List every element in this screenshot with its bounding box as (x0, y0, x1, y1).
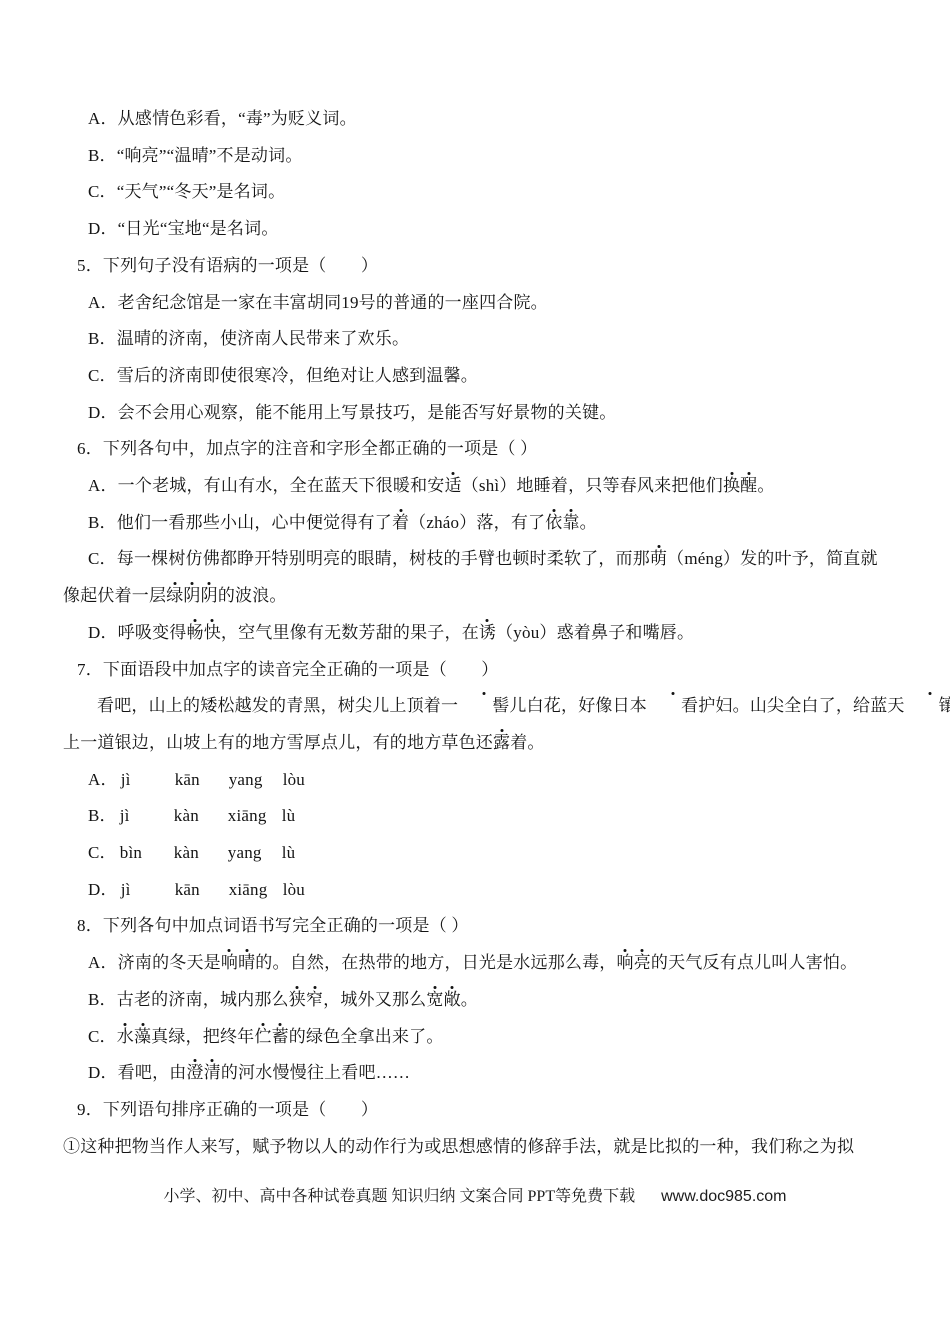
q4-option-a: A．从感情色彩看，“毒”为贬义词。 (88, 101, 893, 138)
emphasized-char: 宽 (426, 991, 443, 1008)
emphasized-char: 镶 (905, 697, 950, 714)
q9-stem: 9．下列语句排序正确的一项是（ ） (77, 1092, 893, 1129)
q7-option-d: D．jìkānxiānglòu (88, 872, 893, 909)
q7-option-a-label: A． (88, 762, 118, 799)
q7-option-c-label: C． (88, 835, 117, 872)
q8-option-c: C．水藻真绿，把终年伫蓄的绿色全拿出来了。 (88, 1019, 893, 1056)
emphasized-char: 蓄 (272, 1028, 289, 1045)
emphasized-char: 阴 (183, 587, 200, 604)
q8-option-a: A．济南的冬天是响晴的。自然，在热带的地方，日光是水远那么毒，响亮的天气反有点儿… (88, 945, 893, 982)
q7-stem: 7．下面语段中加点字的读音完全正确的一项是（ ） (77, 652, 893, 689)
emphasized-char: 响 (221, 954, 238, 971)
q5-option-a: A．老舍纪念馆是一家在丰富胡同19号的普通的一座四合院。 (88, 285, 893, 322)
emphasized-char: 晴 (238, 954, 255, 971)
pinyin-syllable: lòu (283, 762, 334, 799)
emphasized-char: 窄 (306, 991, 323, 1008)
q7-passage-line1: 看吧，山上的矮松越发的青黑，树尖儿上顶着一髻儿白花，好像日本看护妇。山尖全白了，… (63, 688, 893, 725)
emphasized-char: 清 (204, 1064, 221, 1081)
q9-sentence-1: ①这种把物当作人来写，赋予物以人的动作行为或思想感情的修辞手法，就是比拟的一种，… (63, 1129, 893, 1166)
emphasized-char: 澄 (186, 1064, 203, 1081)
pinyin-syllable: xiāng (228, 798, 279, 835)
emphasized-char: 换 (723, 477, 740, 494)
q7-option-b-label: B． (88, 798, 117, 835)
pinyin-syllable: xiāng (229, 872, 280, 909)
emphasized-char: 水 (117, 1028, 134, 1045)
footer-site-url: www.doc985.com (661, 1188, 786, 1205)
q7-passage-line2: 上一道银边，山坡上有的地方雪厚点儿，有的地方草色还露着。 (63, 725, 893, 762)
emphasized-char: 敞 (444, 991, 461, 1008)
q6-option-c-line2: 像起伏着一层绿阴阴的波浪。 (63, 578, 893, 615)
q5-option-c: C．雪后的济南即使很寒冷，但绝对让人感到温馨。 (88, 358, 893, 395)
q7-option-d-label: D． (88, 872, 118, 909)
q6-option-b: B．他们一看那些小山，心中便觉得有了着（zháo）落，有了依靠。 (88, 505, 893, 542)
emphasized-char: 依 (545, 514, 562, 531)
footer-text: 小学、初中、高中各种试卷真题 知识归纳 文案合同 PPT等免费下载 (164, 1188, 636, 1205)
emphasized-char: 阴 (201, 587, 218, 604)
emphasized-char: 响 (617, 954, 634, 971)
pinyin-syllable: lù (282, 798, 333, 835)
q6-stem: 6．下列各句中，加点字的注音和字形全都正确的一项是（ ） (77, 431, 893, 468)
emphasized-char: 伫 (254, 1028, 271, 1045)
pinyin-syllable: kàn (174, 798, 225, 835)
pinyin-syllable: lòu (283, 872, 334, 909)
q7-option-c: C．bìnkànyanglù (88, 835, 893, 872)
emphasized-char: 快 (204, 624, 221, 641)
emphasized-char: 靠 (562, 514, 579, 531)
q5-option-d: D．会不会用心观察，能不能用上写景技巧，是能否写好景物的关键。 (88, 395, 893, 432)
pinyin-syllable: yang (228, 835, 279, 872)
emphasized-char: 狭 (289, 991, 306, 1008)
emphasized-char: 看 (647, 697, 698, 714)
pinyin-syllable: lù (282, 835, 333, 872)
page-footer: 小学、初中、高中各种试卷真题 知识归纳 文案合同 PPT等免费下载www.doc… (0, 1187, 950, 1207)
emphasized-char: 着 (392, 514, 409, 531)
q4-option-d: D．“日光“宝地“是名词。 (88, 211, 893, 248)
q8-stem: 8．下列各句中加点词语书写完全正确的一项是（ ） (77, 908, 893, 945)
q6-option-a: A．一个老城，有山有水，全在蓝天下很暖和安适（shì）地睡着，只等春风来把他们换… (88, 468, 893, 505)
pinyin-syllable: jì (120, 798, 171, 835)
emphasized-char: 畅 (186, 624, 203, 641)
pinyin-syllable: kàn (174, 835, 225, 872)
q5-option-b: B．温晴的济南，使济南人民带来了欢乐。 (88, 321, 893, 358)
q8-option-d: D．看吧，由澄清的河水慢慢往上看吧…… (88, 1055, 893, 1092)
emphasized-char: 藻 (134, 1028, 151, 1045)
emphasized-char: 适 (444, 477, 461, 494)
emphasized-char: 露 (493, 734, 510, 751)
q8-option-b: B．古老的济南，城内那么狭窄，城外又那么宽敞。 (88, 982, 893, 1019)
q7-option-b: B．jìkànxiānglù (88, 798, 893, 835)
pinyin-syllable: kān (175, 762, 226, 799)
emphasized-char: 髻 (458, 697, 509, 714)
exam-document-page: A．从感情色彩看，“毒”为贬义词。B．“响亮”“温晴”不是动词。C．“天气”“冬… (0, 0, 950, 1344)
emphasized-char: 亮 (634, 954, 651, 971)
q6-option-c-line1: C．每一棵树仿佛都睁开特别明亮的眼睛，树枝的手臂也顿时柔软了，而那萌（méng）… (88, 541, 893, 578)
pinyin-syllable: jì (121, 762, 172, 799)
emphasized-char: 诱 (479, 624, 496, 641)
pinyin-syllable: jì (121, 872, 172, 909)
q5-stem: 5．下列句子没有语病的一项是（ ） (77, 248, 893, 285)
pinyin-syllable: yang (229, 762, 280, 799)
document-body: A．从感情色彩看，“毒”为贬义词。B．“响亮”“温晴”不是动词。C．“天气”“冬… (63, 101, 893, 1165)
emphasized-char: 醒 (740, 477, 757, 494)
emphasized-char: 萌 (650, 550, 667, 567)
q7-option-a: A．jìkānyanglòu (88, 762, 893, 799)
pinyin-syllable: kān (175, 872, 226, 909)
q4-option-c: C．“天气”“冬天”是名词。 (88, 174, 893, 211)
pinyin-syllable: bìn (120, 835, 171, 872)
q6-option-d: D．呼吸变得畅快，空气里像有无数芳甜的果子，在诱（yòu）惑着鼻子和嘴唇。 (88, 615, 893, 652)
emphasized-char: 绿 (166, 587, 183, 604)
q4-option-b: B．“响亮”“温晴”不是动词。 (88, 138, 893, 175)
